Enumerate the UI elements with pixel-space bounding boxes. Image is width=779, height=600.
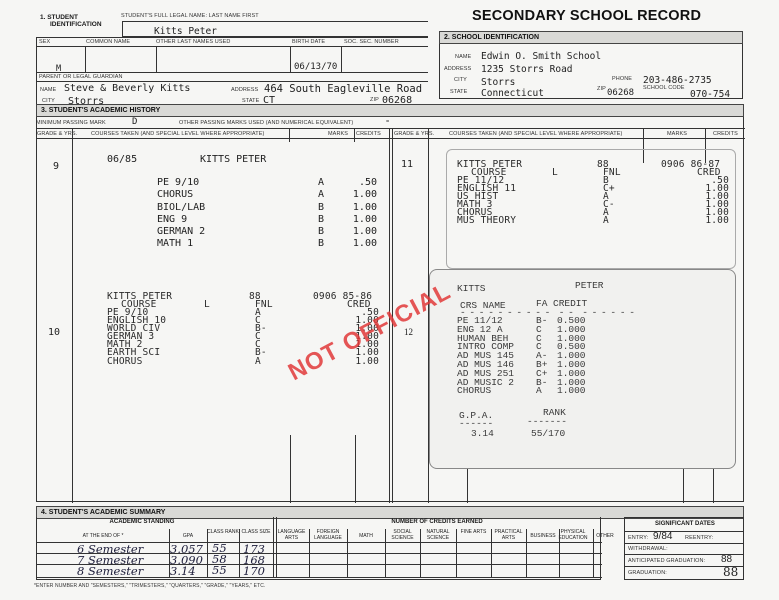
course-mark: A: [318, 177, 324, 189]
grade-12-last-name: KITTS: [457, 285, 486, 294]
course-name: GERMAN 2: [157, 226, 205, 238]
guardian-name-value: Steve & Beverly Kitts: [64, 83, 190, 94]
grade-11-level-header: L: [552, 169, 558, 177]
grade-10-course-list: PE 9/10 ENGLISH 10 WORLD CIV GERMAN 3 MA…: [107, 309, 166, 366]
min-passing-value: D: [132, 117, 137, 127]
school-identification-section: 2. SCHOOL IDENTIFICATION NAME Edwin O. S…: [439, 31, 743, 99]
summary-row-3-end-of: 8 Semester: [77, 564, 143, 578]
document-title: SECONDARY SCHOOL RECORD: [472, 8, 701, 24]
col-practical-arts: PRACTICAL ARTS: [491, 529, 526, 541]
grade-11-marks-list: B C+ A C- A A: [603, 177, 615, 226]
course-mark: A: [318, 189, 324, 201]
academic-summary-section: 4. STUDENT'S ACADEMIC SUMMARY ACADEMIC S…: [36, 506, 744, 586]
col-credits-left: CREDITS: [356, 131, 381, 137]
grade-12-first-name: PETER: [575, 282, 604, 291]
summary-row-3-size: 170: [243, 564, 265, 578]
school-name-label: NAME: [455, 54, 471, 60]
col-social-science: SOCIAL SCIENCE: [385, 529, 420, 541]
col-language-arts: LANGUAGE ARTS: [274, 529, 309, 541]
course-name: CHORUS: [107, 358, 166, 366]
grade-9-date: 06/85: [107, 154, 137, 165]
col-courses-left: COURSES TAKEN (AND SPECIAL LEVEL WHERE A…: [91, 131, 264, 137]
grade-9-marks-list: A A B B B B: [318, 177, 324, 251]
sex-label: SEX: [39, 39, 50, 45]
summary-row-3-gpa: 3.14: [170, 564, 196, 578]
col-gpa: GPA: [169, 533, 207, 539]
course-credit: 1.00: [341, 226, 377, 238]
section-3-label: 3. STUDENT'S ACADEMIC HISTORY: [36, 104, 744, 117]
anticipated-graduation-value: 88: [721, 554, 732, 565]
grade-9-credits-list: .50 1.00 1.00 1.00 1.00 1.00: [341, 177, 377, 251]
course-name: ENG 9: [157, 214, 205, 226]
graduation-label: GRADUATION:: [628, 570, 667, 576]
col-fine-arts: FINE ARTS: [456, 529, 491, 535]
significant-dates-label: SIGNIFICANT DATES: [625, 521, 745, 527]
col-physical-education: PHYSICAL EDUCATION: [556, 529, 590, 541]
school-zip-value: 06268: [607, 88, 634, 98]
grade-11-label: 11: [401, 159, 413, 170]
school-address-label: ADDRESS: [444, 66, 471, 72]
grade-11-credits-list: .50 1.00 1.00 1.00 1.00 1.00: [689, 177, 729, 226]
course-credit: 1.00: [341, 214, 377, 226]
school-code-value: 070-754: [690, 89, 730, 100]
guardian-name-label: NAME: [40, 87, 56, 93]
min-passing-label: MINIMUM PASSING MARK: [36, 120, 106, 126]
course-mark: A: [603, 217, 615, 225]
address-label: ADDRESS: [231, 87, 258, 93]
col-foreign-language: FOREIGN LANGUAGE: [309, 529, 347, 541]
col-other: OTHER: [590, 533, 620, 539]
grade-9-course-list: PE 9/10 CHORUS BIOL/LAB ENG 9 GERMAN 2 M…: [157, 177, 205, 251]
course-name: CHORUS: [457, 387, 514, 396]
ssn-label: SOC. SEC. NUMBER: [344, 39, 399, 45]
col-math: MATH: [347, 533, 385, 539]
school-state-value: Connecticut: [481, 88, 544, 99]
grade-12-marks-list: B- C C C A- B+ C+ B- A: [536, 317, 547, 396]
course-credit: 1.00: [341, 189, 377, 201]
secondary-school-record: SECONDARY SCHOOL RECORD 1. STUDENT IDENT…: [0, 0, 779, 600]
school-city-label: CITY: [454, 77, 467, 83]
birth-date-label: BIRTH DATE: [292, 39, 325, 45]
col-credits-right: CREDITS: [713, 131, 738, 137]
col-marks-left: MARKS: [328, 131, 348, 137]
grade-11-course-list: PE 11/12 ENGLISH 11 US HIST MATH 3 CHORU…: [457, 177, 516, 226]
summary-footnote: *ENTER NUMBER AND "SEMESTERS," "TRIMESTE…: [34, 583, 265, 589]
gpa-value: 3.14: [471, 430, 494, 439]
col-natural-science: NATURAL SCIENCE: [420, 529, 456, 541]
entry-label: ENTRY:: [628, 535, 648, 541]
grade-10-label: 10: [48, 327, 60, 338]
school-name-value: Edwin O. Smith School: [481, 51, 601, 62]
course-mark: B: [318, 202, 324, 214]
course-name: MATH 1: [157, 238, 205, 250]
section-1-label: 1. STUDENT IDENTIFICATION: [40, 14, 102, 28]
grade-9-student-name: KITTS PETER: [200, 154, 266, 165]
section-2-label: 2. SCHOOL IDENTIFICATION: [439, 31, 743, 44]
course-name: BIOL/LAB: [157, 202, 205, 214]
entry-value: 9/84: [653, 531, 672, 542]
course-name: CHORUS: [157, 189, 205, 201]
school-state-label: STATE: [450, 89, 467, 95]
grade-12-course-list: PE 11/12 ENG 12 A HUMAN BEH INTRO COMP A…: [457, 317, 514, 396]
grade-9-label: 9: [53, 161, 59, 172]
other-marks-label: OTHER PASSING MARKS USED (AND NUMERICAL …: [179, 120, 353, 126]
course-credit: 1.00: [689, 217, 729, 225]
address-value: 464 South Eagleville Road: [264, 83, 422, 95]
guardian-label: PARENT OR LEGAL GUARDIAN: [39, 74, 123, 80]
withdrawal-label: WITHDRAWAL:: [628, 546, 668, 552]
significant-dates-box: SIGNIFICANT DATES ENTRY: 9/84 REENTRY: W…: [624, 517, 744, 580]
other-last-names-label: OTHER LAST NAMES USED: [156, 39, 230, 45]
course-credit: 1.000: [557, 387, 586, 396]
rank-divider: -------: [527, 418, 567, 427]
course-credit: .50: [341, 177, 377, 189]
course-mark: B: [318, 214, 324, 226]
course-credit: 1.00: [341, 202, 377, 214]
grade-10-level-header: L: [204, 301, 210, 309]
col-marks-right: MARKS: [667, 131, 687, 137]
course-mark: B: [318, 226, 324, 238]
academic-standing-label: ACADEMIC STANDING: [37, 519, 247, 525]
graduation-value: 88: [723, 565, 738, 579]
col-class-size: CLASS SIZE: [239, 529, 273, 535]
course-credit: 1.00: [341, 238, 377, 250]
zip-label: ZIP: [370, 97, 379, 103]
course-mark: B: [318, 238, 324, 250]
grade-12-credits-list: 0.500 1.000 1.000 0.500 1.000 1.000 1.00…: [557, 317, 586, 396]
grade-11-printout: KITTS PETER 88 0906 86-87 COURSE L FNL C…: [457, 161, 737, 233]
col-class-rank: CLASS RANK: [207, 529, 239, 535]
course-name: MUS THEORY: [457, 217, 516, 225]
summary-grid: ACADEMIC STANDING NUMBER OF CREDITS EARN…: [36, 517, 601, 580]
grade-12-printout: KITTS PETER CRS NAME FA CREDIT - - - - -…: [457, 285, 707, 445]
col-courses-right: COURSES TAKEN (AND SPECIAL LEVEL WHERE A…: [449, 131, 622, 137]
other-marks-value: =: [386, 119, 389, 125]
school-code-label: SCHOOL CODE: [643, 85, 685, 91]
rank-value: 55/170: [531, 430, 565, 439]
credits-earned-label: NUMBER OF CREDITS EARNED: [277, 519, 597, 525]
summary-row-3-rank: 55: [212, 563, 227, 577]
col-business: BUSINESS: [526, 533, 560, 539]
course-mark: A: [255, 358, 267, 366]
school-address-value: 1235 Storrs Road: [481, 64, 573, 75]
course-name: PE 9/10: [157, 177, 205, 189]
phone-label: PHONE: [612, 76, 632, 82]
academic-history-section: 3. STUDENT'S ACADEMIC HISTORY MINIMUM PA…: [36, 104, 744, 502]
grade-10-marks-list: A C B- C C B- A: [255, 309, 267, 366]
school-city-value: Storrs: [481, 77, 515, 88]
birth-date-value: 06/13/70: [294, 62, 337, 72]
anticipated-graduation-label: ANTICIPATED GRADUATION:: [628, 558, 705, 564]
full-name-value: Kitts Peter: [154, 26, 217, 37]
full-name-label: STUDENT'S FULL LEGAL NAME: LAST NAME FIR…: [121, 13, 259, 19]
course-mark: A: [536, 387, 547, 396]
common-name-label: COMMON NAME: [86, 39, 130, 45]
school-zip-label: ZIP: [597, 86, 606, 92]
col-end-of: AT THE END OF *: [37, 533, 169, 539]
reentry-label: REENTRY:: [685, 535, 713, 541]
student-identification-section: 1. STUDENT IDENTIFICATION STUDENT'S FULL…: [36, 12, 428, 101]
